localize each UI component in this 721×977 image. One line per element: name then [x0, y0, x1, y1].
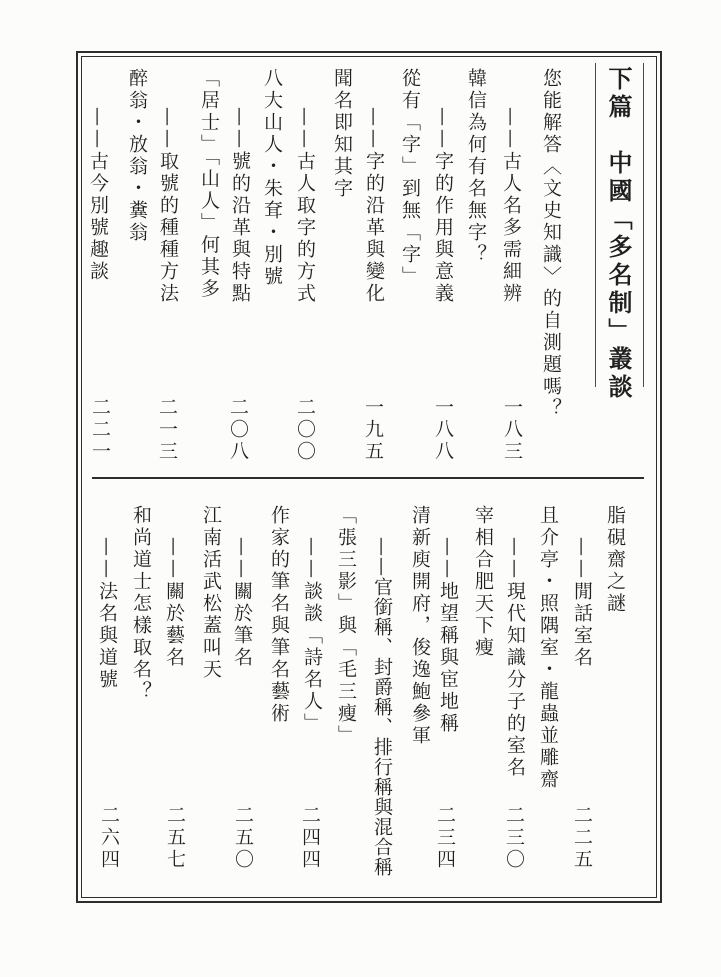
- section-divider-rule: [92, 477, 644, 479]
- title-rule-left: [595, 63, 596, 387]
- toc-entry-subtitle: ——關於藝名: [163, 537, 185, 669]
- toc-entry-title: 脂硯齋之謎: [604, 505, 626, 615]
- toc-entry-page: 一八三: [501, 397, 523, 463]
- part-title: 下篇 中國「多名制」叢談: [603, 66, 633, 402]
- toc-entry-subtitle: ——閒話室名: [571, 537, 593, 669]
- toc-entry-page: 二四四: [299, 805, 321, 871]
- toc-entry-page: 一八八: [432, 397, 454, 463]
- toc-entry-page: 二三〇: [503, 805, 525, 871]
- toc-entry-title: 和尚道士怎樣取名？: [130, 505, 152, 703]
- toc-entry-page: 二二一: [89, 397, 111, 463]
- toc-entry-subtitle: ——字的沿革與變化: [363, 107, 385, 305]
- toc-entry-subtitle: ——法名與道號: [96, 537, 118, 691]
- toc-entry-subtitle: ——古人名多需細辨: [500, 107, 522, 305]
- toc-entry-page: 一九五: [362, 397, 384, 463]
- toc-entry-title: 清新庾開府，俊逸鮑參軍: [409, 505, 431, 747]
- toc-entry-subtitle: ——關於筆名: [231, 537, 253, 669]
- toc-entry-page: 二〇〇: [294, 397, 316, 463]
- toc-entry-subtitle: ——取號的種種方法: [157, 107, 179, 305]
- toc-entry-title: 醉翁・放翁・糞翁: [126, 68, 148, 244]
- toc-entry-subtitle: ——古人取字的方式: [294, 107, 316, 305]
- toc-entry-title: 宰相合肥天下瘦: [472, 505, 494, 659]
- toc-entry-page: 二五〇: [232, 805, 254, 871]
- toc-entry-subtitle: ——官銜稱、封爵稱、排行稱與混合稱: [371, 537, 393, 877]
- toc-entry-page: 二三四: [434, 805, 456, 871]
- toc-entry-subtitle: ——現代知識分子的室名: [504, 537, 526, 779]
- toc-entry-title: 「張三影」與「毛三瘦」: [335, 505, 357, 747]
- toc-entry-title: 作家的筆名與筆名藝術: [268, 505, 290, 725]
- toc-entry-title: 「居士」「山人」何其多: [198, 68, 220, 301]
- toc-entry-title: 聞名即知其字: [331, 68, 353, 200]
- toc-entry-page: 二二五: [571, 805, 593, 871]
- toc-entry-subtitle: ——古今別號趣談: [87, 107, 109, 283]
- toc-entry-subtitle: ——地望稱與宦地稱: [437, 537, 459, 735]
- toc-entry-subtitle: ——字的作用與意義: [432, 107, 454, 305]
- toc-entry-title: 韓信為何有名無字？: [465, 68, 487, 266]
- toc-entry-page: 二六四: [98, 805, 120, 871]
- toc-entry-title: 從有「字」到無「字」: [399, 68, 421, 288]
- toc-entry-subtitle: ——號的沿革與特點: [229, 107, 251, 305]
- title-rule-right: [643, 63, 644, 387]
- toc-entry-title: 八大山人・朱耷・別號: [261, 68, 283, 288]
- toc-entry-title: 江南活武松蓋叫天: [200, 505, 222, 681]
- toc-entry-title: 您能解答〈文史知識〉的自測題嗎？: [540, 68, 562, 420]
- toc-entry-page: 二一三: [156, 397, 178, 463]
- toc-entry-title: 且介亭・照隅室・龍蟲並雕齋: [537, 505, 559, 791]
- toc-entry-page: 二五七: [164, 805, 186, 871]
- toc-entry-subtitle: ——談談「詩名人」: [301, 537, 323, 735]
- toc-entry-page: 二〇八: [227, 397, 249, 463]
